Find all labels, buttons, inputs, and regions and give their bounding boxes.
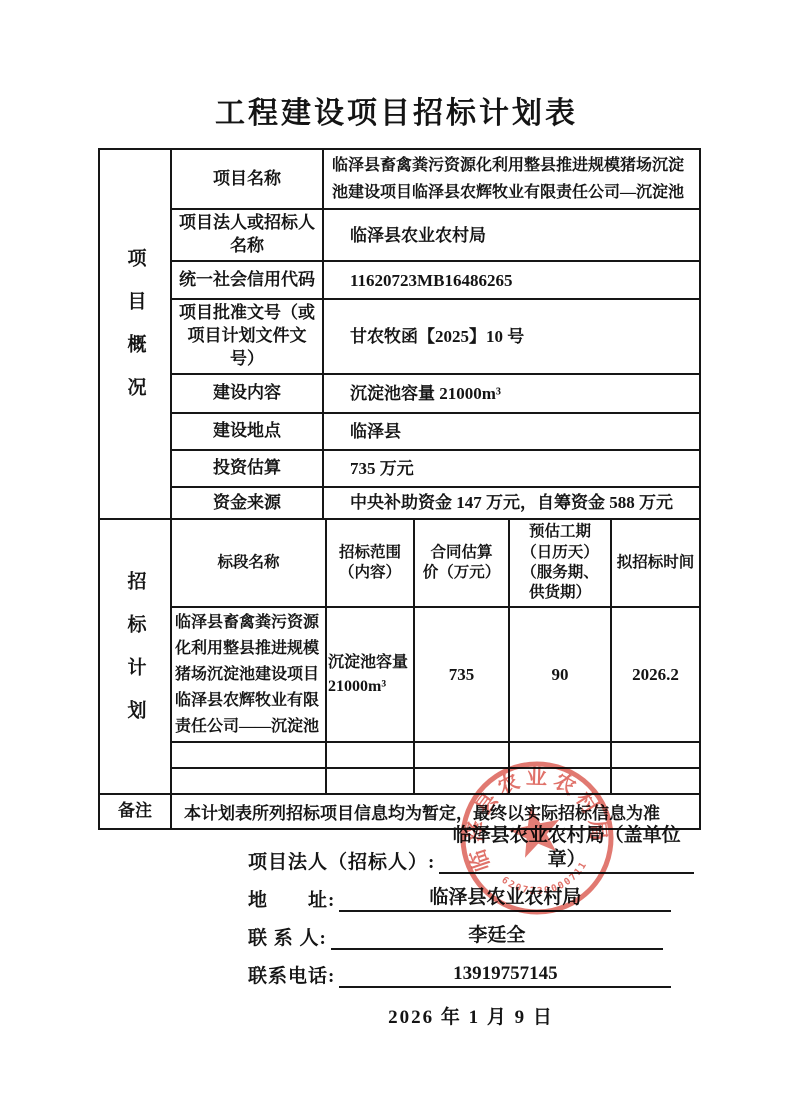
- approval-doc-label: 项目批准文号（或项目计划文件文号）: [171, 299, 323, 374]
- investment-value: 735 万元: [323, 450, 700, 487]
- table-row: 资金来源 中央补助资金 147 万元，自筹资金 588 万元: [99, 487, 700, 519]
- construction-content-label: 建设内容: [171, 374, 323, 413]
- document-date: 2026 年 1 月 9 日: [248, 1002, 694, 1029]
- phone-footer-label: 联系电话:: [248, 961, 335, 988]
- contact-footer-label: 联 系 人:: [248, 923, 327, 950]
- bid-scope-value: 沉淀池容量21000m³: [326, 607, 414, 743]
- header-estimated-duration: 预估工期 （日历天） （服务期、 供货期）: [509, 519, 611, 607]
- project-overview-table: 项目概况 项目名称 临泽县畜禽粪污资源化利用整县推进规模猪场沉淀池建设项目临泽县…: [98, 148, 701, 520]
- table-row: 建设内容 沉淀池容量 21000m³: [99, 374, 700, 413]
- phone-line: 联系电话: 13919757145: [248, 961, 694, 988]
- location-label: 建设地点: [171, 413, 323, 450]
- empty-row: [99, 768, 700, 794]
- address-footer-label: 地 址:: [248, 885, 335, 912]
- main-table-area: 项目概况 项目名称 临泽县畜禽粪污资源化利用整县推进规模猪场沉淀池建设项目临泽县…: [98, 148, 699, 830]
- empty-cell: [414, 742, 509, 768]
- legal-person-footer-value: 临泽县农业农村局（盖单位章）: [439, 824, 694, 874]
- contact-footer-value: 李廷全: [331, 924, 663, 950]
- empty-row: [99, 742, 700, 768]
- document-page: 工程建设项目招标计划表 项目概况 项目名称 临泽县畜禽粪污资源化利用整县推进规模…: [0, 0, 793, 1120]
- header-planned-bid-time: 拟招标时间: [611, 519, 700, 607]
- project-name-value: 临泽县畜禽粪污资源化利用整县推进规模猪场沉淀池建设项目临泽县农辉牧业有限责任公司…: [323, 149, 700, 209]
- table-row: 建设地点 临泽县: [99, 413, 700, 450]
- bid-time-value: 2026.2: [611, 607, 700, 743]
- table-row: 项目法人或招标人名称 临泽县农业农村局: [99, 209, 700, 261]
- table-row: 项目批准文号（或项目计划文件文号） 甘农牧函【2025】10 号: [99, 299, 700, 374]
- page-title: 工程建设项目招标计划表: [0, 0, 793, 132]
- contact-line: 联 系 人: 李廷全: [248, 923, 694, 950]
- duration-value: 90: [509, 607, 611, 743]
- location-value: 临泽县: [323, 413, 700, 450]
- header-contract-estimate: 合同估算 价（万元）: [414, 519, 509, 607]
- empty-cell: [171, 768, 326, 794]
- legal-person-value: 临泽县农业农村局: [323, 209, 700, 261]
- bidding-data-row: 临泽县畜禽粪污资源化利用整县推进规模猪场沉淀池建设项目临泽县农辉牧业有限责任公司…: [99, 607, 700, 743]
- address-line: 地 址: 临泽县农业农村局: [248, 885, 694, 912]
- segment-name-value: 临泽县畜禽粪污资源化利用整县推进规模猪场沉淀池建设项目临泽县农辉牧业有限责任公司…: [171, 607, 326, 743]
- approval-doc-value: 甘农牧函【2025】10 号: [323, 299, 700, 374]
- header-segment-name: 标段名称: [171, 519, 326, 607]
- credit-code-value: 11620723MB16486265: [323, 261, 700, 299]
- section-label-bidding: 招标计划: [99, 519, 171, 794]
- contract-estimate-value: 735: [414, 607, 509, 743]
- section-label-overview: 项目概况: [99, 149, 171, 519]
- legal-person-line: 项目法人（招标人）: 临泽县农业农村局（盖单位章）: [248, 824, 694, 874]
- empty-cell: [326, 742, 414, 768]
- phone-footer-value: 13919757145: [339, 962, 671, 988]
- empty-cell: [326, 768, 414, 794]
- header-bid-scope: 招标范围 （内容）: [326, 519, 414, 607]
- empty-cell: [509, 742, 611, 768]
- bidding-header-row: 招标计划 标段名称 招标范围 （内容） 合同估算 价（万元） 预估工期 （日历天…: [99, 519, 700, 607]
- legal-person-footer-label: 项目法人（招标人）:: [248, 847, 435, 874]
- empty-cell: [509, 768, 611, 794]
- empty-cell: [414, 768, 509, 794]
- credit-code-label: 统一社会信用代码: [171, 261, 323, 299]
- table-row: 投资估算 735 万元: [99, 450, 700, 487]
- table-row: 统一社会信用代码 11620723MB16486265: [99, 261, 700, 299]
- project-name-label: 项目名称: [171, 149, 323, 209]
- empty-cell: [611, 742, 700, 768]
- signature-block: 项目法人（招标人）: 临泽县农业农村局（盖单位章） 地 址: 临泽县农业农村局 …: [248, 824, 694, 1029]
- table-row: 项目概况 项目名称 临泽县畜禽粪污资源化利用整县推进规模猪场沉淀池建设项目临泽县…: [99, 149, 700, 209]
- bidding-band-text: 招标计划: [126, 571, 145, 743]
- funding-source-value: 中央补助资金 147 万元，自筹资金 588 万元: [323, 487, 700, 519]
- overview-band-text: 项目概况: [126, 248, 145, 420]
- bidding-plan-table: 招标计划 标段名称 招标范围 （内容） 合同估算 价（万元） 预估工期 （日历天…: [98, 518, 701, 795]
- funding-source-label: 资金来源: [171, 487, 323, 519]
- investment-label: 投资估算: [171, 450, 323, 487]
- address-footer-value: 临泽县农业农村局: [339, 886, 671, 912]
- empty-cell: [611, 768, 700, 794]
- construction-content-value: 沉淀池容量 21000m³: [323, 374, 700, 413]
- legal-person-label: 项目法人或招标人名称: [171, 209, 323, 261]
- empty-cell: [171, 742, 326, 768]
- remark-label: 备注: [99, 794, 171, 829]
